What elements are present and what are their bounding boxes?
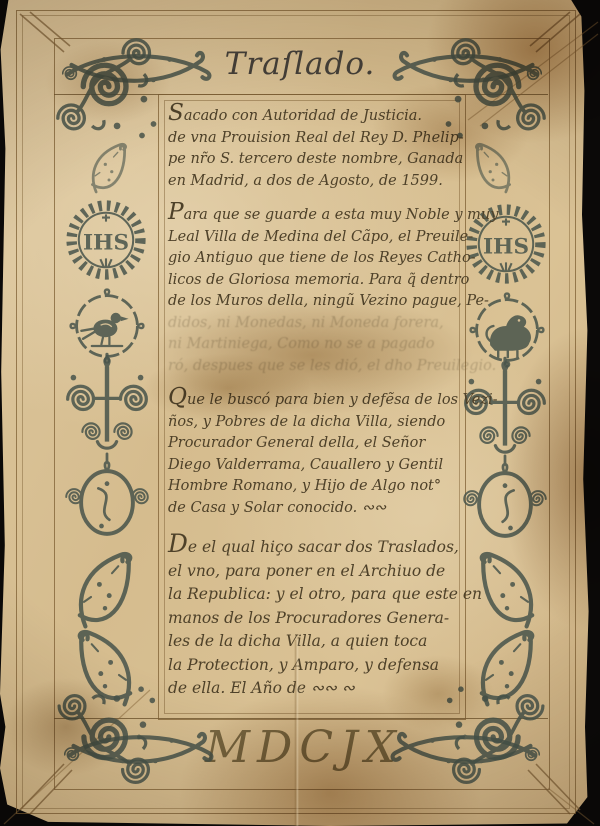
ihs-monogram: IHS xyxy=(483,235,529,260)
manuscript-line: de vna Prouision Real del Rey D. Phelip- xyxy=(168,128,460,150)
manuscript-line: ños, y Pobres de la dicha Villa, siendo xyxy=(168,412,460,434)
manuscript-line: ró, despues que se les dió, el dho Preui… xyxy=(168,356,460,378)
manuscript-text: Sacado con Autoridad de Justicia.de vna … xyxy=(168,104,460,712)
leaf-scroll-ornament xyxy=(68,626,142,710)
leaf-scroll-ornament xyxy=(470,140,516,196)
manuscript-line: la Protection, y Amparo, y defensa xyxy=(168,654,460,678)
manuscript-line: les de la dicha Villa, a quien toca xyxy=(168,630,460,654)
ihs-monogram: IHS xyxy=(83,231,129,256)
manuscript-line: gio Antiguo que tiene de los Reyes Catho… xyxy=(168,248,460,270)
manuscript-line: ni Martiniega, Como no se a pagado xyxy=(168,334,460,356)
manuscript-line: Diego Valderrama, Cauallero y Gentil xyxy=(168,455,460,477)
manuscript-line: pe nr̃o S. tercero deste nombre, Ganada xyxy=(168,149,460,171)
manuscript-page-photo: Traſlado. IHS IHS Sacado con Autoridad d… xyxy=(0,0,600,826)
leaf-scroll-ornament xyxy=(86,140,132,196)
wreath-ornament-right xyxy=(460,448,550,550)
leaf-scroll-ornament xyxy=(470,626,544,710)
manuscript-line: de ella. El Año de ∾∾ ∾ xyxy=(168,677,460,701)
manuscript-line: Hombre Romano, y Hijo de Algo not° xyxy=(168,476,460,498)
manuscript-line: Para que se guarde a esta muy Noble y mu… xyxy=(168,203,460,227)
manuscript-line: licos de Gloriosa memoria. Para q̃ dentr… xyxy=(168,270,460,292)
title-flourish-right xyxy=(392,46,542,92)
wreath-ornament-left xyxy=(62,446,152,548)
manuscript-paragraph: Para que se guarde a esta muy Noble y mu… xyxy=(168,203,460,377)
manuscript-line: la Republica: y el otro, para que este e… xyxy=(168,583,460,607)
manuscript-line: manos de los Procuradores Genera- xyxy=(168,607,460,631)
title-flourish-left xyxy=(62,46,212,92)
ihs-sunburst-medallion-left: IHS xyxy=(58,192,154,288)
manuscript-line: de los Muros della, ningũ Vezino pague, … xyxy=(168,291,460,313)
bottom-flourish-right xyxy=(390,726,540,774)
fleur-ornament-left xyxy=(57,352,157,456)
manuscript-line: De el qual hiço sacar dos Traslados, xyxy=(168,535,460,560)
year-roman-numerals: MDCJX xyxy=(205,722,395,773)
manuscript-line: de Casa y Solar conocido. ∾∾ xyxy=(168,498,460,520)
leaf-scroll-ornament xyxy=(68,548,142,632)
manuscript-line: didos, ni Monedas, ni Moneda forera, xyxy=(168,313,460,335)
manuscript-paragraph: De el qual hiço sacar dos Traslados,el v… xyxy=(168,535,460,701)
manuscript-line: Leal Villa de Medina del Cãpo, el Preuil… xyxy=(168,227,460,249)
bottom-flourish-left xyxy=(64,726,214,774)
manuscript-line: en Madrid, a dos de Agosto, de 1599. xyxy=(168,171,460,193)
manuscript-paragraph: Que le buscó para bien y defẽsa de los V… xyxy=(168,388,460,519)
page-title: Traſlado. xyxy=(185,46,415,82)
manuscript-line: el vno, para poner en el Archiuo de xyxy=(168,560,460,584)
manuscript-line: Que le buscó para bien y defẽsa de los V… xyxy=(168,388,460,412)
manuscript-line: Sacado con Autoridad de Justicia. xyxy=(168,104,460,128)
manuscript-line: Procurador General della, el Señor xyxy=(168,433,460,455)
manuscript-paragraph: Sacado con Autoridad de Justicia.de vna … xyxy=(168,104,460,192)
